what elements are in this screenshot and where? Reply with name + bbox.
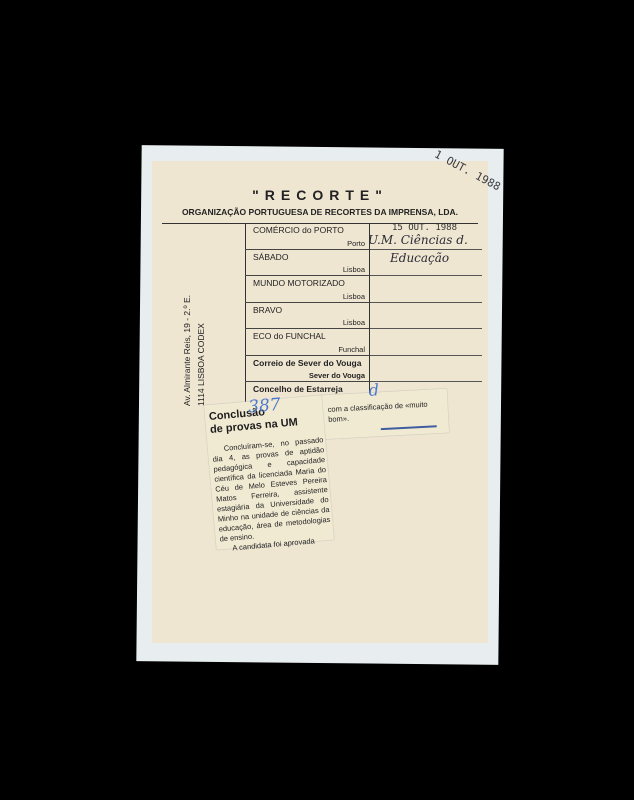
publication-name: SÁBADO <box>253 252 288 262</box>
publication-row: Correio de Sever do VougaSever do Vouga <box>245 356 369 383</box>
newspaper-clipping: Conclusão de provas na UM 387 Concluíram… <box>204 395 334 550</box>
publication-city: Lisboa <box>343 265 365 274</box>
publication-city: Sever do Vouga <box>309 371 365 380</box>
publication-row: ECO do FUNCHALFunchal <box>245 329 369 356</box>
clipping-continuation: d com a classificação de «muito bom». <box>319 389 449 440</box>
paragraph: Concluíram-se, no passado dia 4, as prov… <box>211 435 331 544</box>
publication-name: COMÉRCIO do PORTO <box>253 225 344 235</box>
pen-mark: d <box>368 380 379 400</box>
handwritten-note: Educação <box>390 251 449 265</box>
address-line: Av. Almirante Reis, 19 - 2.º E. <box>180 226 194 406</box>
publication-name: MUNDO MOTORIZADO <box>253 278 345 288</box>
form-subtitle: ORGANIZAÇÃO PORTUGUESA DE RECORTES DA IM… <box>152 207 488 217</box>
publication-city: Lisboa <box>343 292 365 301</box>
address-block: Av. Almirante Reis, 19 - 2.º E. 1114 LIS… <box>180 226 208 406</box>
publication-city: Funchal <box>338 345 365 354</box>
date-stamp: 15 OUT. 1988 <box>392 223 457 233</box>
publication-city: Lisboa <box>343 318 365 327</box>
publication-list: COMÉRCIO do PORTOPorto SÁBADOLisboa MUND… <box>245 223 369 409</box>
note-line <box>370 303 482 330</box>
publication-row: MUNDO MOTORIZADOLisboa <box>245 276 369 303</box>
clipping-text: com a classificação de «muito bom». <box>327 399 444 425</box>
pen-underline <box>381 425 437 430</box>
form-title: "RECORTE" <box>152 187 488 203</box>
publication-row: BRAVOLisboa <box>245 303 369 330</box>
clipping-body: Concluíram-se, no passado dia 4, as prov… <box>211 435 332 554</box>
address-line: 1114 LISBOA CODEX <box>194 226 208 406</box>
note-line <box>370 276 482 303</box>
note-line <box>370 329 482 356</box>
publication-row: COMÉRCIO do PORTOPorto <box>245 223 369 250</box>
handwritten-note: U.M. Ciências d. <box>368 233 468 247</box>
publication-name: Concelho de Estarreja <box>253 384 343 394</box>
publication-name: Correio de Sever do Vouga <box>253 358 361 368</box>
publication-row: SÁBADOLisboa <box>245 250 369 277</box>
reference-number: 387 <box>247 395 281 418</box>
publication-name: BRAVO <box>253 305 282 315</box>
note-line <box>370 356 482 383</box>
publication-city: Porto <box>347 239 365 248</box>
publication-name: ECO do FUNCHAL <box>253 331 326 341</box>
